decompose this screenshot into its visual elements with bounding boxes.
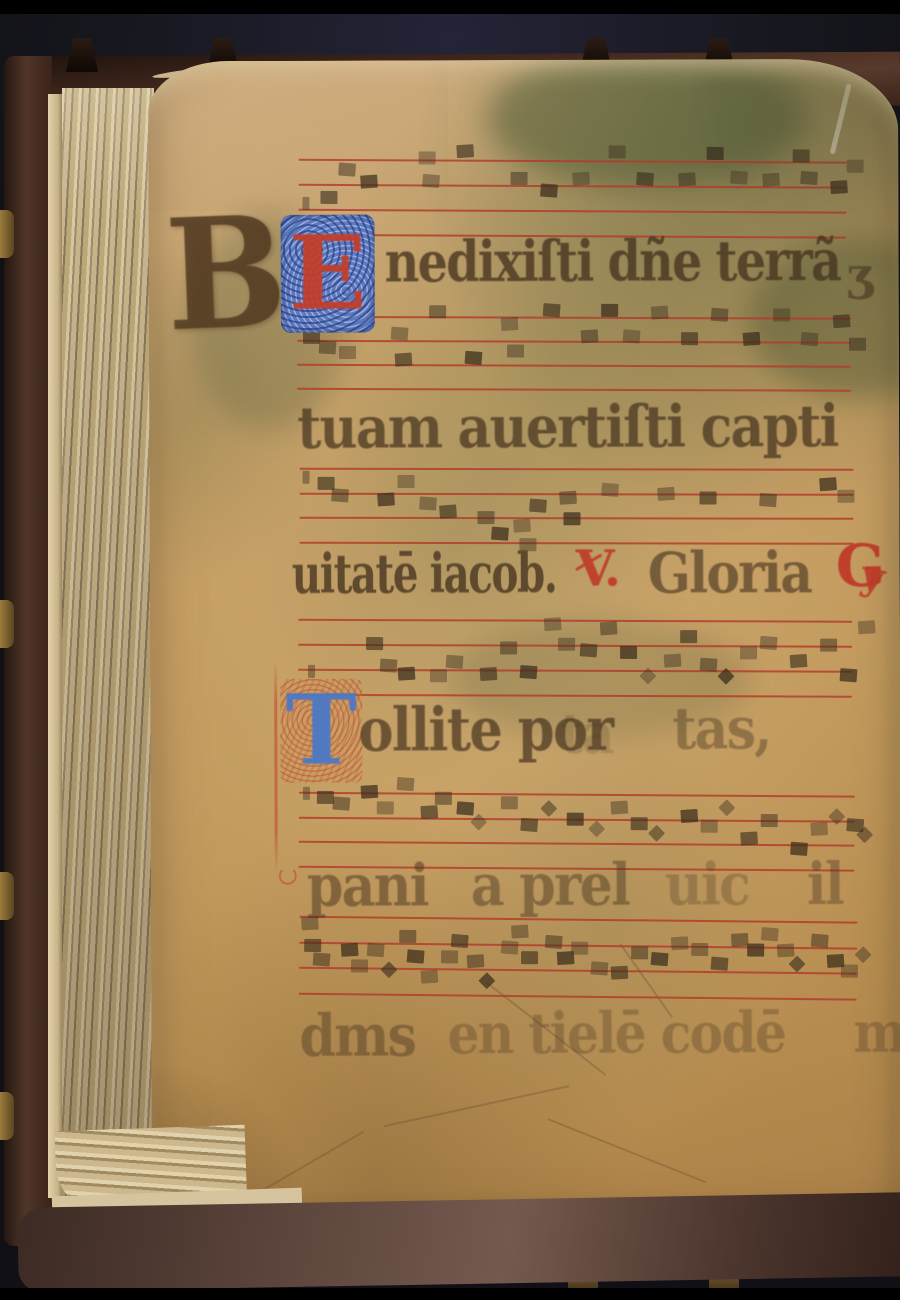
neume-note [338, 162, 356, 176]
initial-T-penwork-curl [279, 867, 297, 885]
neume-note [581, 329, 599, 343]
staff-line [297, 340, 851, 344]
music-staff [298, 619, 852, 698]
clasp-remnant [0, 1092, 14, 1140]
neume-note [762, 173, 780, 187]
chant-text-segment: m [853, 1005, 900, 1061]
music-staff [299, 916, 858, 1000]
staff-line [300, 468, 854, 471]
neume-note [761, 927, 779, 941]
staff-line [299, 792, 855, 798]
neume-note [691, 943, 708, 956]
neume-note [422, 174, 440, 188]
neume-note [678, 172, 696, 186]
parchment-crease [259, 1131, 364, 1193]
neume-note [399, 930, 416, 943]
chant-text-segment: Gloria [648, 545, 812, 602]
chant-text-segment: V. [576, 544, 620, 594]
neume-note [572, 172, 590, 186]
neume-note [588, 820, 605, 837]
neume-note [380, 659, 398, 673]
chant-text-segment: tuam auertiſti capti [297, 397, 838, 457]
neume-note [545, 935, 563, 949]
chant-text-segment: tas, [672, 699, 770, 757]
versicle-slash [575, 553, 602, 571]
stacked-page-edges [62, 88, 154, 1200]
neume-note [847, 160, 864, 173]
neume-note [789, 956, 806, 973]
neume-note [430, 669, 447, 682]
neume-note [601, 483, 619, 497]
neume-note [707, 147, 724, 160]
neume-note [521, 951, 538, 964]
chant-text-segment: uic [665, 855, 749, 913]
neume-note [467, 954, 485, 968]
neume-note [451, 934, 469, 948]
neume-note [601, 304, 618, 317]
neume-note [740, 831, 758, 845]
neume-note [331, 488, 349, 502]
neume-note [858, 620, 876, 634]
neume-note [511, 925, 529, 939]
neume-note [439, 504, 457, 518]
neume-note [480, 667, 498, 681]
neume-note [501, 317, 519, 331]
parchment-crease [547, 1118, 706, 1183]
neume-note [610, 801, 628, 815]
neume-note [303, 787, 310, 800]
chant-text-segment: ta [560, 706, 613, 762]
neume-note [671, 936, 689, 950]
neume-note [470, 814, 487, 831]
neume-note [491, 527, 509, 541]
neume-note [567, 813, 584, 826]
neume-note [747, 943, 764, 956]
neume-note [700, 658, 718, 672]
neume-note [351, 959, 368, 972]
neume-note [435, 792, 452, 805]
neume-note [833, 314, 851, 328]
chant-text-segment: dms [299, 1006, 415, 1064]
neume-note [513, 519, 531, 533]
neume-note [849, 338, 866, 351]
chant-text-segment: pani [307, 856, 428, 914]
neume-note [590, 961, 608, 975]
neume-note [841, 964, 858, 977]
neume-note [651, 952, 669, 966]
neume-note [680, 630, 697, 643]
neume-note [366, 637, 383, 650]
music-staff [297, 316, 851, 392]
neume-note [529, 499, 547, 513]
manuscript-photo-scene: B E T nedixiſti dñe terrãʒtuam auertiſti… [0, 0, 900, 1300]
neume-note [731, 933, 749, 947]
neume-note [759, 493, 777, 507]
leather-cover-bottom-edge [17, 1192, 900, 1292]
parchment-crease [384, 1085, 570, 1127]
neume-note [840, 668, 858, 682]
neume-note [520, 665, 538, 679]
staff-line [297, 316, 851, 320]
neume-note [563, 512, 580, 525]
neume-note [456, 801, 474, 815]
clasp-remnant [0, 600, 14, 648]
neume-note [664, 654, 682, 668]
neume-note [648, 825, 665, 842]
neume-note [773, 308, 790, 321]
neume-note [421, 970, 439, 984]
neume-note [790, 842, 808, 856]
neume-note [320, 191, 337, 204]
chant-text-segment: uitatē iacob. [292, 546, 557, 601]
neume-note [419, 151, 436, 164]
neume-note [571, 942, 588, 955]
initial-letter-T-filigree-panel: T [280, 679, 362, 783]
neume-note [740, 646, 757, 659]
chant-text-segment: en tielē codē [447, 1005, 785, 1062]
clasp-remnant [0, 210, 14, 258]
initial-letter-E-filigree-panel: E [281, 215, 375, 333]
neume-note [700, 491, 717, 504]
binding-boss [66, 38, 98, 72]
initial-T-penwork-flourish [274, 661, 278, 873]
neume-note [302, 197, 309, 210]
book-board-edge [48, 94, 62, 1198]
neume-note [446, 655, 464, 669]
initial-letter-T: T [285, 683, 357, 779]
neume-note [367, 943, 385, 957]
music-staff [298, 159, 846, 239]
neume-note [540, 183, 558, 197]
neume-note [600, 621, 618, 635]
neume-note [407, 949, 425, 963]
neume-note [657, 487, 675, 501]
neume-note [341, 943, 359, 957]
chant-text-segment: il [807, 855, 843, 913]
neume-note [651, 306, 669, 320]
neume-note [441, 950, 458, 963]
neume-note [380, 961, 397, 978]
neume-note [580, 643, 598, 657]
neume-note [743, 332, 761, 346]
chant-text-segment: ʒ [847, 251, 871, 297]
neume-note [544, 617, 562, 631]
neume-note [620, 646, 637, 659]
music-staff [299, 468, 853, 544]
neume-note [558, 638, 575, 651]
neume-note [828, 808, 845, 825]
staff-line [299, 159, 847, 164]
neume-note [304, 939, 321, 952]
neume-note [313, 952, 331, 966]
neume-note [820, 639, 837, 652]
neume-note [507, 345, 524, 358]
neume-note [609, 145, 626, 158]
neume-note [377, 492, 395, 506]
initial-letter-E: E [289, 223, 367, 325]
page-edge-highlight [830, 83, 852, 154]
neume-note [800, 171, 818, 185]
neume-note [631, 946, 648, 959]
chant-text-segment: nedixiſti dñe terrã [385, 233, 841, 291]
neume-note [623, 329, 641, 343]
neume-note [391, 327, 409, 341]
neume-note [680, 809, 698, 823]
parchment-page: B E T nedixiſti dñe terrãʒtuam auertiſti… [148, 59, 900, 1224]
neume-note [838, 490, 855, 503]
neume-note [520, 818, 538, 832]
neume-note [511, 172, 528, 185]
chant-text-segment: a prel [471, 856, 629, 915]
neume-note [730, 170, 748, 184]
neume-note [790, 654, 808, 668]
neume-note [465, 351, 483, 365]
neume-note [681, 332, 698, 345]
neume-note [761, 814, 778, 827]
neume-note [420, 805, 438, 819]
staff-line [299, 992, 857, 1000]
neume-note [397, 777, 415, 791]
staff-line [297, 388, 851, 392]
neume-note [478, 972, 495, 989]
neume-note [543, 303, 561, 317]
neume-note [701, 820, 718, 833]
neume-note [801, 332, 819, 346]
neume-note [360, 175, 378, 189]
neume-note [810, 822, 828, 836]
neume-note [611, 966, 629, 980]
neume-note [377, 801, 394, 814]
photo-black-bar-top [0, 0, 900, 14]
neume-note [332, 796, 350, 810]
neume-note [760, 636, 778, 650]
staff-line [299, 841, 855, 847]
clasp-remnant [0, 872, 14, 920]
neume-note [819, 477, 837, 491]
staff-line [298, 619, 852, 623]
neume-note [636, 172, 654, 186]
neume-note [711, 308, 729, 322]
neume-note [811, 934, 829, 948]
neume-note [317, 791, 334, 804]
neume-note [456, 144, 474, 158]
neume-note [361, 785, 379, 799]
neume-note [830, 180, 848, 194]
neume-note [500, 641, 517, 654]
neume-note [501, 796, 518, 809]
neume-note [793, 149, 810, 162]
neume-note [777, 943, 795, 957]
neume-note [711, 957, 729, 971]
neume-note [631, 817, 648, 830]
staff-line [298, 209, 846, 214]
neume-note [477, 511, 494, 524]
neume-note [319, 340, 337, 354]
neume-note [339, 346, 356, 359]
neume-note [429, 305, 446, 318]
neume-note [419, 496, 437, 510]
neume-note [398, 475, 415, 488]
neume-note [501, 940, 519, 954]
neume-note [718, 799, 735, 816]
neume-note [559, 491, 577, 505]
neume-note [395, 353, 413, 367]
initial-letter-B: B [163, 195, 289, 353]
neume-note [303, 471, 310, 484]
staff-line [297, 364, 851, 368]
neume-note [540, 800, 557, 817]
neume-note [398, 667, 416, 681]
photo-black-bar-bottom [0, 1288, 900, 1300]
